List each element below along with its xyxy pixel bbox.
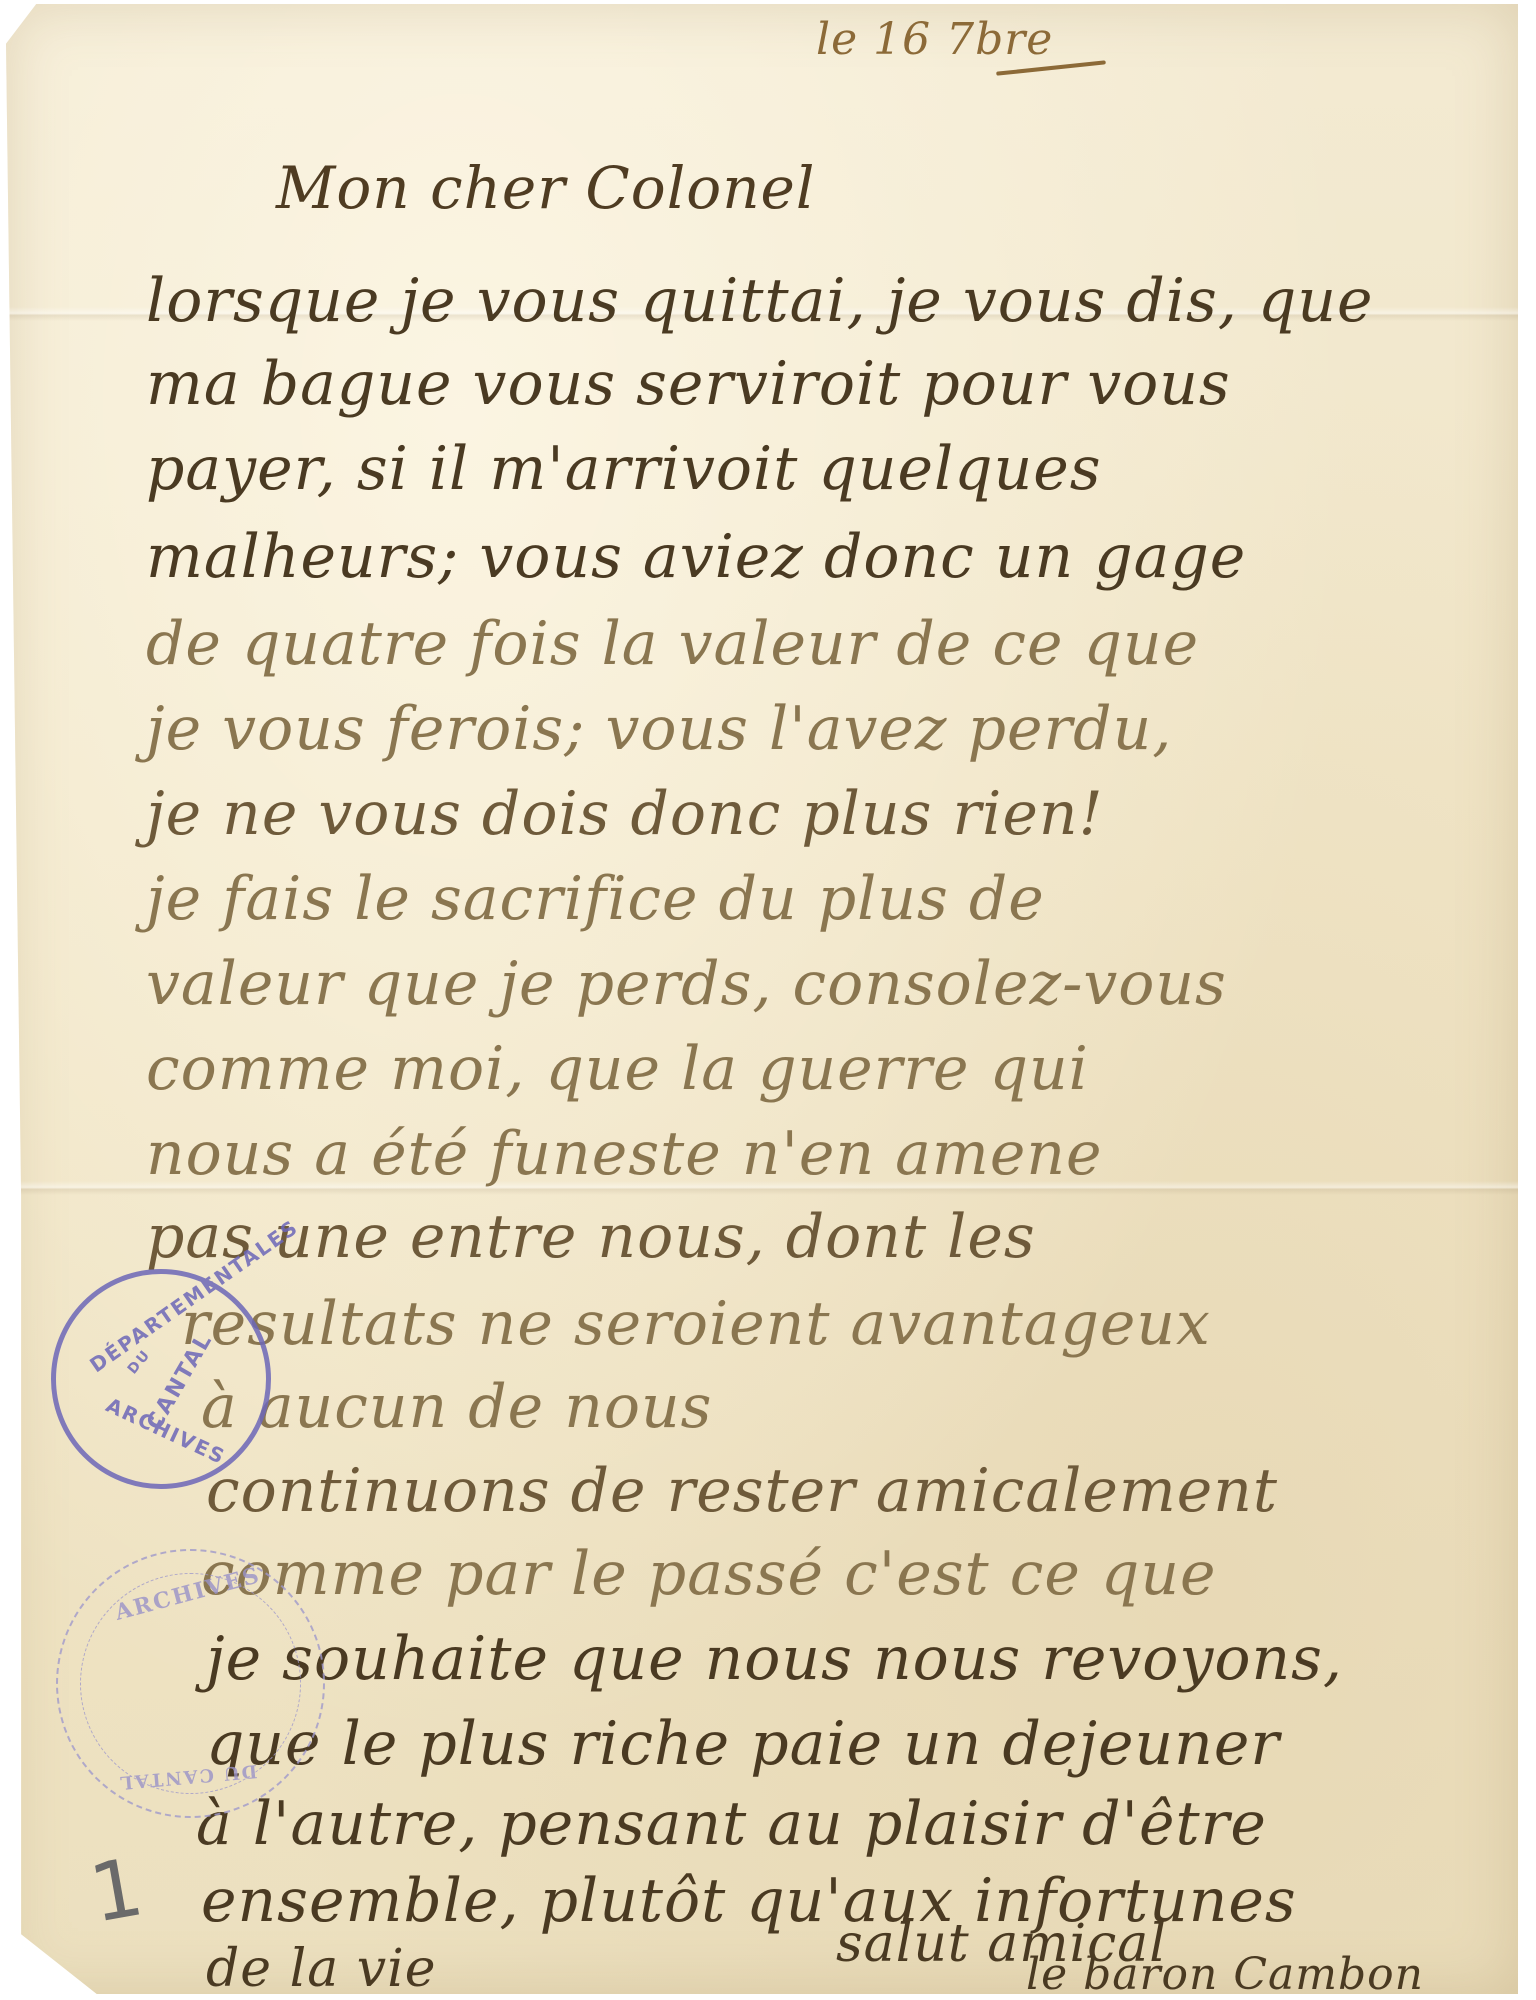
letter-line: valeur que je perds, consolez-vous (146, 949, 1227, 1019)
letter-line: je vous ferois; vous l'avez perdu, (146, 694, 1172, 764)
letter-line: je ne vous dois donc plus rien! (146, 779, 1104, 849)
letter-signature: le baron Cambon (1026, 1949, 1424, 2000)
letter-salutation: Mon cher Colonel (276, 154, 815, 222)
stamp-top-text: ARCHIVES (112, 1562, 263, 1626)
folio-number: 1 (83, 1840, 149, 1940)
letter-line: je fais le sacrifice du plus de (146, 864, 1045, 934)
letter-line: resultats ne seroient avantageux (181, 1289, 1211, 1359)
archives-stamp-faint: ARCHIVES DU CANTAL (56, 1549, 325, 1818)
archives-stamp-blue: DÉPARTEMENTALES DU CANTAL ARCHIVES (51, 1269, 271, 1489)
letter-line: malheurs; vous aviez donc un gage (146, 522, 1246, 592)
letter-date: le 16 7bre (816, 14, 1053, 65)
letter-line: à l'autre, pensant au plaisir d'être (196, 1789, 1267, 1859)
letter-line: je souhaite que nous nous revoyons, (206, 1624, 1343, 1694)
letter-line: à aucun de nous (201, 1372, 712, 1442)
letter-line: de quatre fois la valeur de ce que (146, 609, 1199, 679)
letter-line: ma bague vous serviroit pour vous (146, 349, 1231, 419)
stamp-bottom-text: DU CANTAL (117, 1760, 258, 1793)
letter-line: continuons de rester amicalement (206, 1456, 1278, 1526)
letter-line: comme moi, que la guerre qui (146, 1034, 1089, 1104)
letter-line: que le plus riche paie un dejeuner (206, 1709, 1280, 1779)
letter-line: lorsque je vous quittai, je vous dis, qu… (146, 266, 1374, 336)
letter-line: comme par le passé c'est ce que (201, 1539, 1216, 1609)
letter-page: le 16 7bre Mon cher Colonel lorsque je v… (6, 4, 1518, 1994)
letter-line: payer, si il m'arrivoit quelques (146, 434, 1102, 504)
letter-line: nous a été funeste n'en amene (146, 1119, 1102, 1189)
letter-line: de la vie (206, 1939, 437, 1999)
